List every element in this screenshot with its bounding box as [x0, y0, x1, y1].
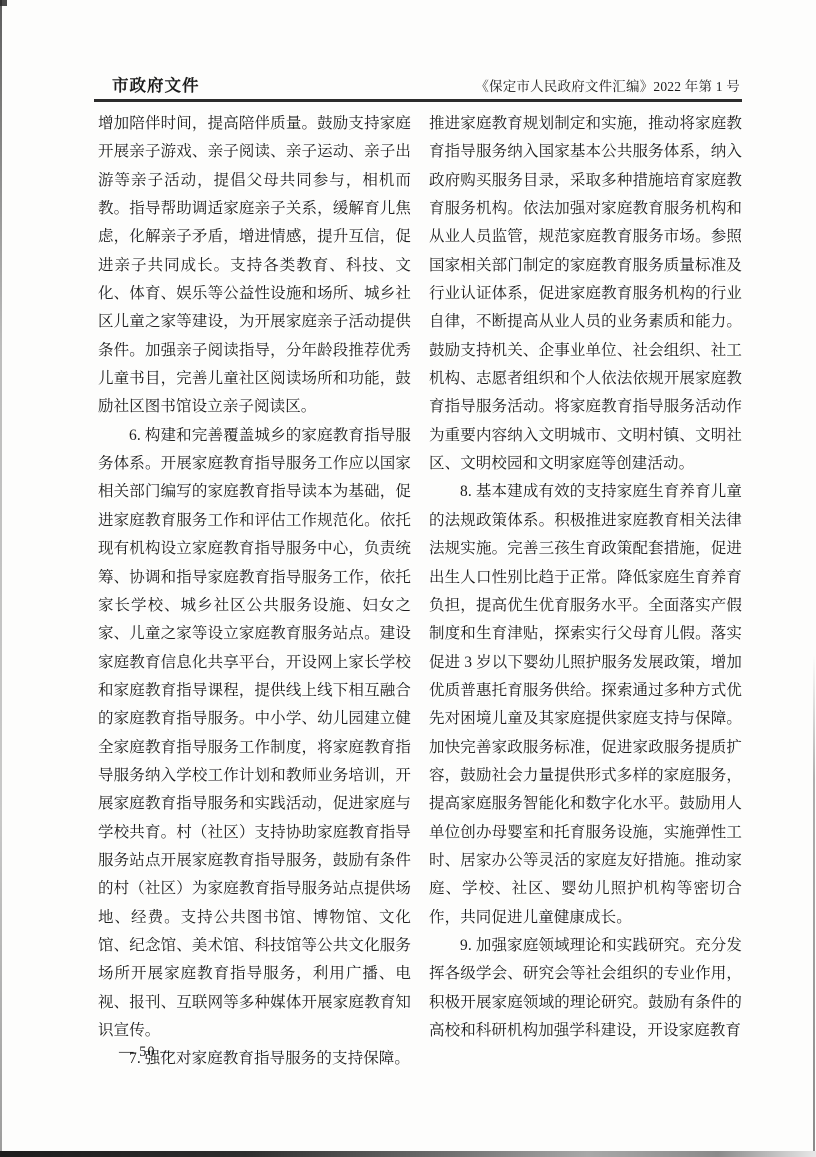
page-footer: — 50 — — [119, 1044, 176, 1061]
paragraph-item-9: 9. 加强家庭领域理论和实践研究。充分发挥各级学会、研究会等社会组织的专业作用，… — [429, 932, 742, 1045]
scan-edge-left — [0, 0, 2, 1157]
page-number: — 50 — — [119, 1044, 176, 1060]
text-column-left: 增加陪伴时间，提高陪伴质量。鼓励支持家庭开展亲子游戏、亲子阅读、亲子运动、亲子出… — [98, 110, 411, 1074]
paragraph-item-6: 6. 构建和完善覆盖城乡的家庭教育指导服务体系。开展家庭教育指导服务工作应以国家… — [98, 422, 411, 1046]
paragraph-continuation: 增加陪伴时间，提高陪伴质量。鼓励支持家庭开展亲子游戏、亲子阅读、亲子运动、亲子出… — [98, 110, 411, 422]
page-header: 市政府文件 《保定市人民政府文件汇编》2022 年第 1 号 — [112, 72, 740, 96]
scan-edge-right — [813, 655, 815, 1151]
header-divider — [94, 99, 742, 102]
text-column-right: 推进家庭教育规划制定和实施，推动将家庭教育指导服务纳入国家基本公共服务体系，纳入… — [429, 110, 742, 1074]
document-page: 市政府文件 《保定市人民政府文件汇编》2022 年第 1 号 增加陪伴时间，提高… — [0, 0, 816, 1157]
header-publication-title: 《保定市人民政府文件汇编》2022 年第 1 号 — [475, 75, 740, 95]
document-body: 增加陪伴时间，提高陪伴质量。鼓励支持家庭开展亲子游戏、亲子阅读、亲子运动、亲子出… — [98, 110, 742, 1074]
paragraph-item-8: 8. 基本建成有效的支持家庭生育养育儿童的法规政策体系。积极推进家庭教育相关法律… — [429, 478, 742, 932]
paragraph-item-7-continuation: 推进家庭教育规划制定和实施，推动将家庭教育指导服务纳入国家基本公共服务体系，纳入… — [429, 110, 742, 478]
scan-edge-bottom — [0, 1151, 816, 1157]
header-doc-category: 市政府文件 — [112, 72, 200, 96]
